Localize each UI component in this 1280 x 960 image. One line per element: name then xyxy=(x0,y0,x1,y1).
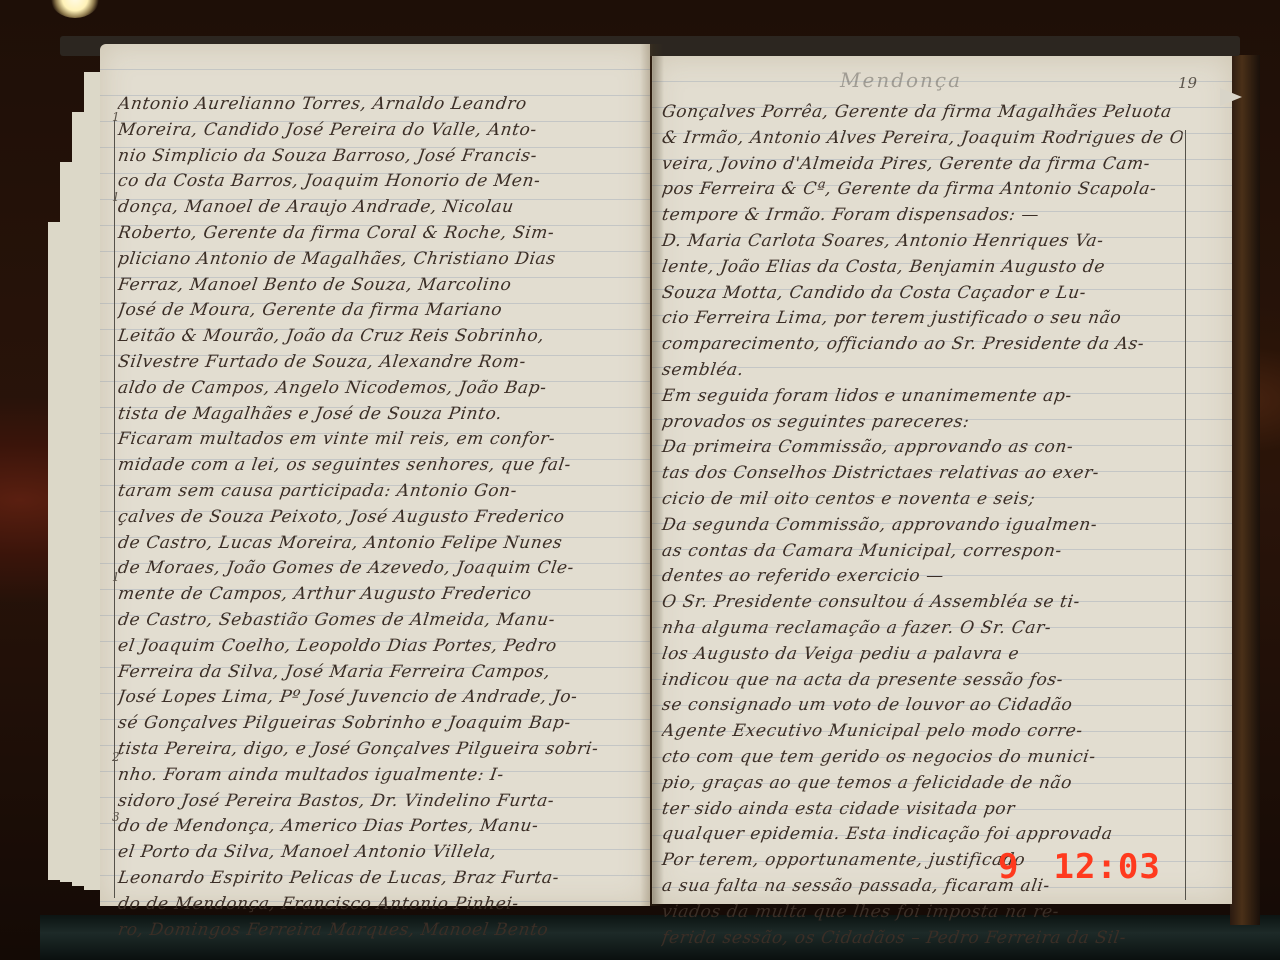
date-time-stamp: 912:03 xyxy=(998,847,1161,887)
handwritten-line: se consignado um voto de louvor ao Cidad… xyxy=(660,693,1184,719)
handwritten-line: tas dos Conselhos Districtaes relativas … xyxy=(660,461,1184,487)
handwritten-line: sidoro José Pereira Bastos, Dr. Vindelin… xyxy=(116,789,630,815)
handwritten-line: aldo de Campos, Angelo Nicodemos, João B… xyxy=(116,376,630,402)
left-page-text: Antonio Aurelianno Torres, Arnaldo Leand… xyxy=(118,92,628,943)
handwritten-line: lente, João Elias da Costa, Benjamin Aug… xyxy=(660,255,1184,281)
handwritten-line: do de Mendonça, Americo Dias Portes, Man… xyxy=(116,814,630,840)
handwritten-line: Moreira, Candido José Pereira do Valle, … xyxy=(116,118,630,144)
handwritten-line: tista de Magalhães e José de Souza Pinto… xyxy=(116,402,630,428)
handwritten-line: sembléa. xyxy=(660,358,1184,384)
margin-line xyxy=(1185,130,1186,900)
handwritten-line: qualquer epidemia. Esta indicação foi ap… xyxy=(660,822,1184,848)
right-page-text: Gonçalves Porrêa, Gerente da firma Magal… xyxy=(662,100,1182,951)
handwritten-line: ro, Domingos Ferreira Marques, Manoel Be… xyxy=(116,918,630,944)
handwritten-line: Ferraz, Manoel Bento de Souza, Marcolino xyxy=(116,273,630,299)
handwritten-line: Gonçalves Porrêa, Gerente da firma Magal… xyxy=(660,100,1184,126)
handwritten-line: midade com a lei, os seguintes senhores,… xyxy=(116,453,630,479)
handwritten-line: de Castro, Lucas Moreira, Antonio Felipe… xyxy=(116,531,630,557)
handwritten-line: D. Maria Carlota Soares, Antonio Henriqu… xyxy=(660,229,1184,255)
page-number: 19 xyxy=(1178,74,1197,92)
handwritten-line: cio Ferreira Lima, por terem justificado… xyxy=(660,306,1184,332)
handwritten-line: provados os seguintes pareceres: xyxy=(660,410,1184,436)
handwritten-line: el Joaquim Coelho, Leopoldo Dias Portes,… xyxy=(116,634,630,660)
stamp-time: 12:03 xyxy=(1053,847,1160,887)
handwritten-line: çalves de Souza Peixoto, José Augusto Fr… xyxy=(116,505,630,531)
handwritten-line: Ferreira da Silva, José Maria Ferreira C… xyxy=(116,660,630,686)
handwritten-line: Roberto, Gerente da firma Coral & Roche,… xyxy=(116,221,630,247)
handwritten-line: indicou que na acta da presente sessão f… xyxy=(660,668,1184,694)
handwritten-line: los Augusto da Veiga pediu a palavra e xyxy=(660,642,1184,668)
handwritten-line: José de Moura, Gerente da firma Mariano xyxy=(116,298,630,324)
handwritten-line: José Lopes Lima, Pº José Juvencio de And… xyxy=(116,685,630,711)
handwritten-line: Leonardo Espirito Pelicas de Lucas, Braz… xyxy=(116,866,630,892)
handwritten-line: pos Ferreira & Cª, Gerente da firma Anto… xyxy=(660,177,1184,203)
handwritten-line: de Castro, Sebastião Gomes de Almeida, M… xyxy=(116,608,630,634)
handwritten-line: tempore & Irmão. Foram dispensados: — xyxy=(660,203,1184,229)
book-cover-right xyxy=(1230,55,1260,925)
handwritten-line: co da Costa Barros, Joaquim Honorio de M… xyxy=(116,169,630,195)
handwritten-line: Souza Motta, Candido da Costa Caçador e … xyxy=(660,281,1184,307)
handwritten-line: O Sr. Presidente consultou á Assembléa s… xyxy=(660,590,1184,616)
handwritten-line: cicio de mil oito centos e noventa e sei… xyxy=(660,487,1184,513)
handwritten-line: nha alguma reclamação a fazer. O Sr. Car… xyxy=(660,616,1184,642)
handwritten-line: mente de Campos, Arthur Augusto Frederic… xyxy=(116,582,630,608)
handwritten-line: & Irmão, Antonio Alves Pereira, Joaquim … xyxy=(660,126,1184,152)
handwritten-line: viados da multa que lhes foi imposta na … xyxy=(660,900,1184,926)
handwritten-line: dentes ao referido exercicio — xyxy=(660,564,1184,590)
handwritten-line: Ficaram multados em vinte mil reis, em c… xyxy=(116,427,630,453)
handwritten-line: donça, Manoel de Araujo Andrade, Nicolau xyxy=(116,195,630,221)
handwritten-line: pio, graças ao que temos a felicidade de… xyxy=(660,771,1184,797)
stamp-day: 9 xyxy=(998,847,1019,887)
pencil-header: Mendonça xyxy=(840,68,962,92)
handwritten-line: Agente Executivo Municipal pelo modo cor… xyxy=(660,719,1184,745)
handwritten-line: Silvestre Furtado de Souza, Alexandre Ro… xyxy=(116,350,630,376)
handwritten-line: Da segunda Commissão, approvando igualme… xyxy=(660,513,1184,539)
handwritten-line: nio Simplicio da Souza Barroso, José Fra… xyxy=(116,144,630,170)
handwritten-line: taram sem causa participada: Antonio Gon… xyxy=(116,479,630,505)
handwritten-line: ferida sessão, os Cidadãos – Pedro Ferre… xyxy=(660,926,1184,952)
handwritten-line: do de Mendonça, Francisco Antonio Pinhei… xyxy=(116,892,630,918)
page-stack xyxy=(48,52,108,912)
page-tab-marker xyxy=(1220,88,1242,106)
handwritten-line: de Moraes, João Gomes de Azevedo, Joaqui… xyxy=(116,556,630,582)
handwritten-line: Da primeira Commissão, approvando as con… xyxy=(660,435,1184,461)
handwritten-line: comparecimento, officiando ao Sr. Presid… xyxy=(660,332,1184,358)
handwritten-line: Leitão & Mourão, João da Cruz Reis Sobri… xyxy=(116,324,630,350)
handwritten-line: Em seguida foram lidos e unanimemente ap… xyxy=(660,384,1184,410)
handwritten-line: sé Gonçalves Pilgueiras Sobrinho e Joaqu… xyxy=(116,711,630,737)
handwritten-line: ter sido ainda esta cidade visitada por xyxy=(660,797,1184,823)
handwritten-line: tista Pereira, digo, e José Gonçalves Pi… xyxy=(116,737,630,763)
margin-line xyxy=(114,120,115,898)
handwritten-line: Antonio Aurelianno Torres, Arnaldo Leand… xyxy=(116,92,630,118)
handwritten-line: pliciano Antonio de Magalhães, Christian… xyxy=(116,247,630,273)
handwritten-line: as contas da Camara Municipal, correspon… xyxy=(660,539,1184,565)
handwritten-line: el Porto da Silva, Manoel Antonio Villel… xyxy=(116,840,630,866)
handwritten-line: nho. Foram ainda multados igualmente: I- xyxy=(116,763,630,789)
handwritten-line: veira, Jovino d'Almeida Pires, Gerente d… xyxy=(660,152,1184,178)
handwritten-line: cto com que tem gerido os negocios do mu… xyxy=(660,745,1184,771)
